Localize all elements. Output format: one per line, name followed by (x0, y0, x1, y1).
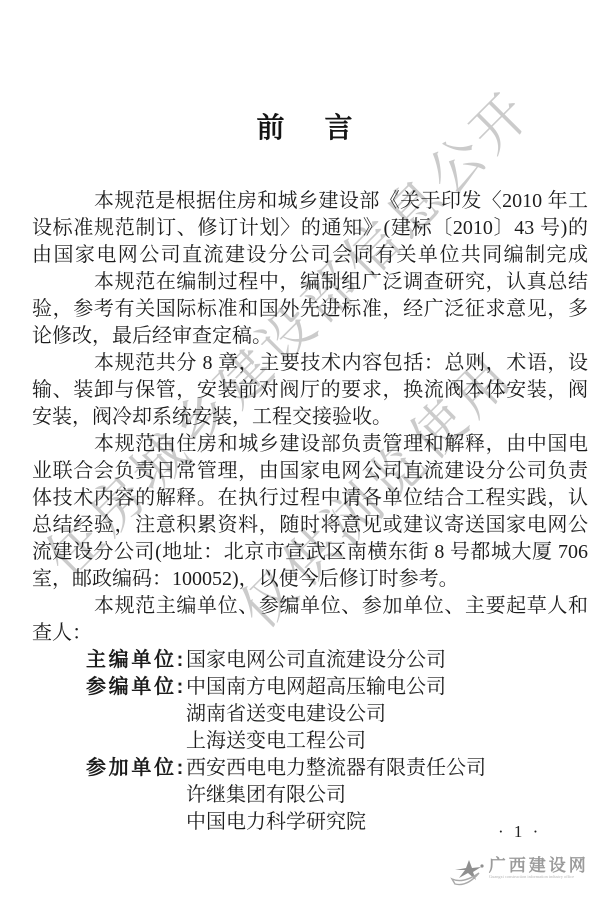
site-logo: 广西建设网 Guangxi construction information i… (449, 856, 607, 893)
paragraph-4-line-6: 室，邮政编码：100052)，以便今后修订时参考。 (32, 566, 588, 593)
paragraph-5-line-1: 本规范主编单位、参编单位、参加单位、主要起草人和主要审 (32, 593, 588, 620)
paragraph-3-line-2: 输、装卸与保管，安装前对阀厅的要求，换流阀本体安装，阀避雷器 (32, 377, 588, 404)
page-number: · 1 · (498, 822, 541, 842)
paragraph-1-line-3: 由国家电网公司直流建设分公司会同有关单位共同编制完成的。 (32, 242, 588, 269)
unit-value: 西安西电电力整流器有限责任公司 (186, 755, 588, 782)
unit-row-1: 主编单位:国家电网公司直流建设分公司 (86, 647, 588, 674)
paragraph-2-line-1: 本规范在编制过程中，编制组广泛调查研究，认真总结实践经 (32, 269, 588, 296)
paragraph-4-line-4: 总结经验，注意积累资料，随时将意见或建议寄送国家电网公司直 (32, 512, 588, 539)
paragraph-2-line-3: 论修改，最后经审查定稿。 (32, 323, 588, 350)
site-logo-tagline: Guangxi construction information industr… (489, 875, 574, 880)
star-swoosh-icon (449, 858, 485, 893)
unit-label-wrap: 主编单位: (86, 647, 186, 674)
paragraphs-block: 本规范是根据住房和城乡建设部《关于印发〈2010 年工程建设标准规范制订、修订计… (32, 188, 588, 647)
unit-value: 中国南方电网超高压输电公司 (186, 674, 588, 701)
unit-label-colon: : (174, 755, 186, 782)
unit-label: 主编单位 (86, 647, 174, 674)
unit-value: 上海送变电工程公司 (186, 728, 588, 755)
site-logo-name: 广西建设网 (489, 856, 607, 875)
paragraph-5-line-2: 查人： (32, 620, 588, 647)
paragraph-4-line-5: 流建设分公司(地址：北京市宣武区南横东街 8 号都城大厦 706 (32, 539, 588, 566)
unit-label-colon: : (174, 647, 186, 674)
unit-label-wrap: 参编单位: (86, 674, 186, 701)
unit-value: 许继集团有限公司 (186, 782, 588, 809)
page-title: 前 言 (0, 106, 615, 146)
paragraph-1-line-2: 设标准规范制订、修订计划〉的通知》(建标〔2010〕43 号)的要求， (32, 215, 588, 242)
document-body: 本规范是根据住房和城乡建设部《关于印发〈2010 年工程建设标准规范制订、修订计… (32, 188, 588, 836)
document-page: 住房城乡建设部信息公开 仅供浏览使用 前 言 本规范是根据住房和城乡建设部《关于… (0, 0, 615, 898)
units-block: 主编单位:国家电网公司直流建设分公司参编单位:中国南方电网超高压输电公司湖南省送… (86, 647, 588, 836)
unit-value: 国家电网公司直流建设分公司 (186, 647, 588, 674)
unit-row-2: 参编单位:中国南方电网超高压输电公司湖南省送变电建设公司上海送变电工程公司 (86, 674, 588, 755)
unit-label-colon: : (174, 674, 186, 701)
paragraph-4-line-1: 本规范由住房和城乡建设部负责管理和解释，由中国电力企 (32, 431, 588, 458)
unit-values: 中国南方电网超高压输电公司湖南省送变电建设公司上海送变电工程公司 (186, 674, 588, 755)
paragraph-4-line-2: 业联合会负责日常管理，由国家电网公司直流建设分公司负责具 (32, 458, 588, 485)
unit-label-wrap: 参加单位: (86, 755, 186, 782)
unit-label: 参编单位 (86, 674, 174, 701)
paragraph-4-line-3: 体技术内容的解释。在执行过程中请各单位结合工程实践，认真 (32, 485, 588, 512)
paragraph-3-line-1: 本规范共分 8 章，主要技术内容包括：总则，术语，设备的运 (32, 350, 588, 377)
unit-label: 参加单位 (86, 755, 174, 782)
paragraph-3-line-3: 安装，阀冷却系统安装，工程交接验收。 (32, 404, 588, 431)
unit-values: 国家电网公司直流建设分公司 (186, 647, 588, 674)
paragraph-1-line-1: 本规范是根据住房和城乡建设部《关于印发〈2010 年工程建 (32, 188, 588, 215)
site-logo-text: 广西建设网 Guangxi construction information i… (489, 856, 607, 882)
unit-value: 湖南省送变电建设公司 (186, 701, 588, 728)
paragraph-2-line-2: 验，参考有关国际标准和国外先进标准，经广泛征求意见，多次讨 (32, 296, 588, 323)
